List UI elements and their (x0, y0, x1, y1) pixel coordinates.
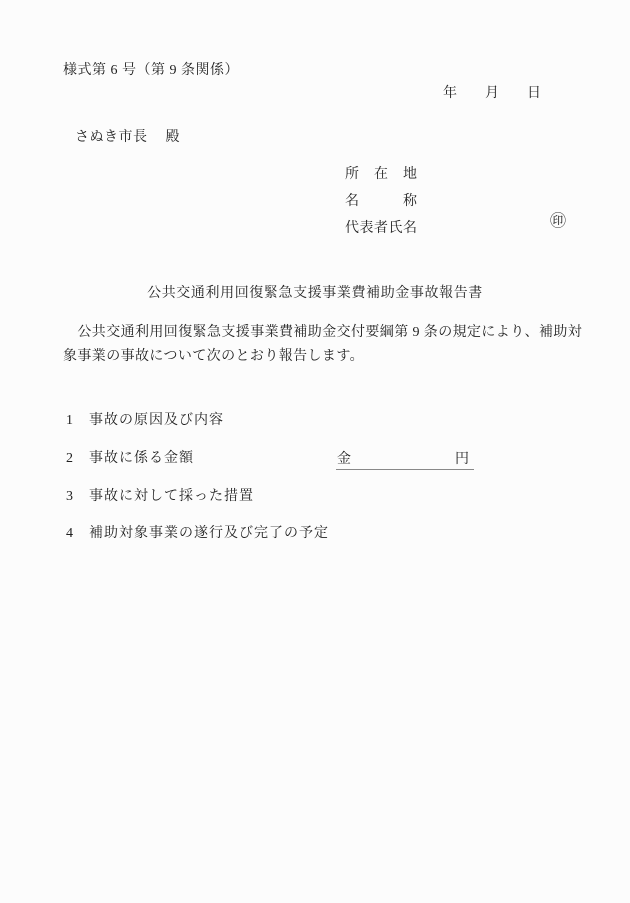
item-4-number: 4 (66, 527, 89, 541)
seal-mark-icon: ㊞ (550, 214, 566, 230)
list-item-1: 1事故の原因及び内容 (66, 414, 224, 428)
item-2-number: 2 (66, 452, 89, 466)
item-3-number: 3 (66, 490, 89, 504)
submitter-address-label: 所 在 地 (345, 168, 418, 182)
body-paragraph-line-2: 象事業の事故について次のとおり報告します。 (63, 350, 364, 364)
document-title: 公共交通利用回復緊急支援事業費補助金事故報告書 (0, 287, 630, 301)
submitter-block: 所 在 地 名 称 代表者氏名 (345, 168, 418, 249)
addressee-honorific: 殿 (166, 131, 181, 145)
item-2-label: 事故に係る金額 (89, 451, 194, 466)
item-4-label: 補助対象事業の遂行及び完了の予定 (89, 526, 329, 541)
date-line: 年 月 日 (443, 87, 541, 101)
item-1-number: 1 (66, 414, 89, 428)
amount-prefix: 金 (337, 453, 351, 467)
list-item-2: 2事故に係る金額 (66, 452, 194, 466)
list-item-3: 3事故に対して採った措置 (66, 490, 254, 504)
item-3-label: 事故に対して採った措置 (89, 489, 254, 504)
amount-suffix: 円 (455, 453, 469, 467)
form-number: 様式第 6 号（第 9 条関係） (63, 64, 239, 78)
submitter-name-label: 名 称 (345, 195, 418, 209)
addressee: さぬき市長 殿 (75, 131, 180, 145)
list-item-4: 4補助対象事業の遂行及び完了の予定 (66, 527, 329, 541)
submitter-representative-label: 代表者氏名 (345, 222, 418, 236)
document-page: 様式第 6 号（第 9 条関係） 年 月 日 さぬき市長 殿 所 在 地 名 称… (0, 0, 630, 903)
body-paragraph-line-1: 公共交通利用回復緊急支援事業費補助金交付要綱第 9 条の規定により、補助対 (63, 326, 582, 340)
amount-blank-field: 金 円 (336, 452, 474, 470)
addressee-name: さぬき市長 (75, 131, 148, 145)
item-1-label: 事故の原因及び内容 (89, 413, 224, 428)
